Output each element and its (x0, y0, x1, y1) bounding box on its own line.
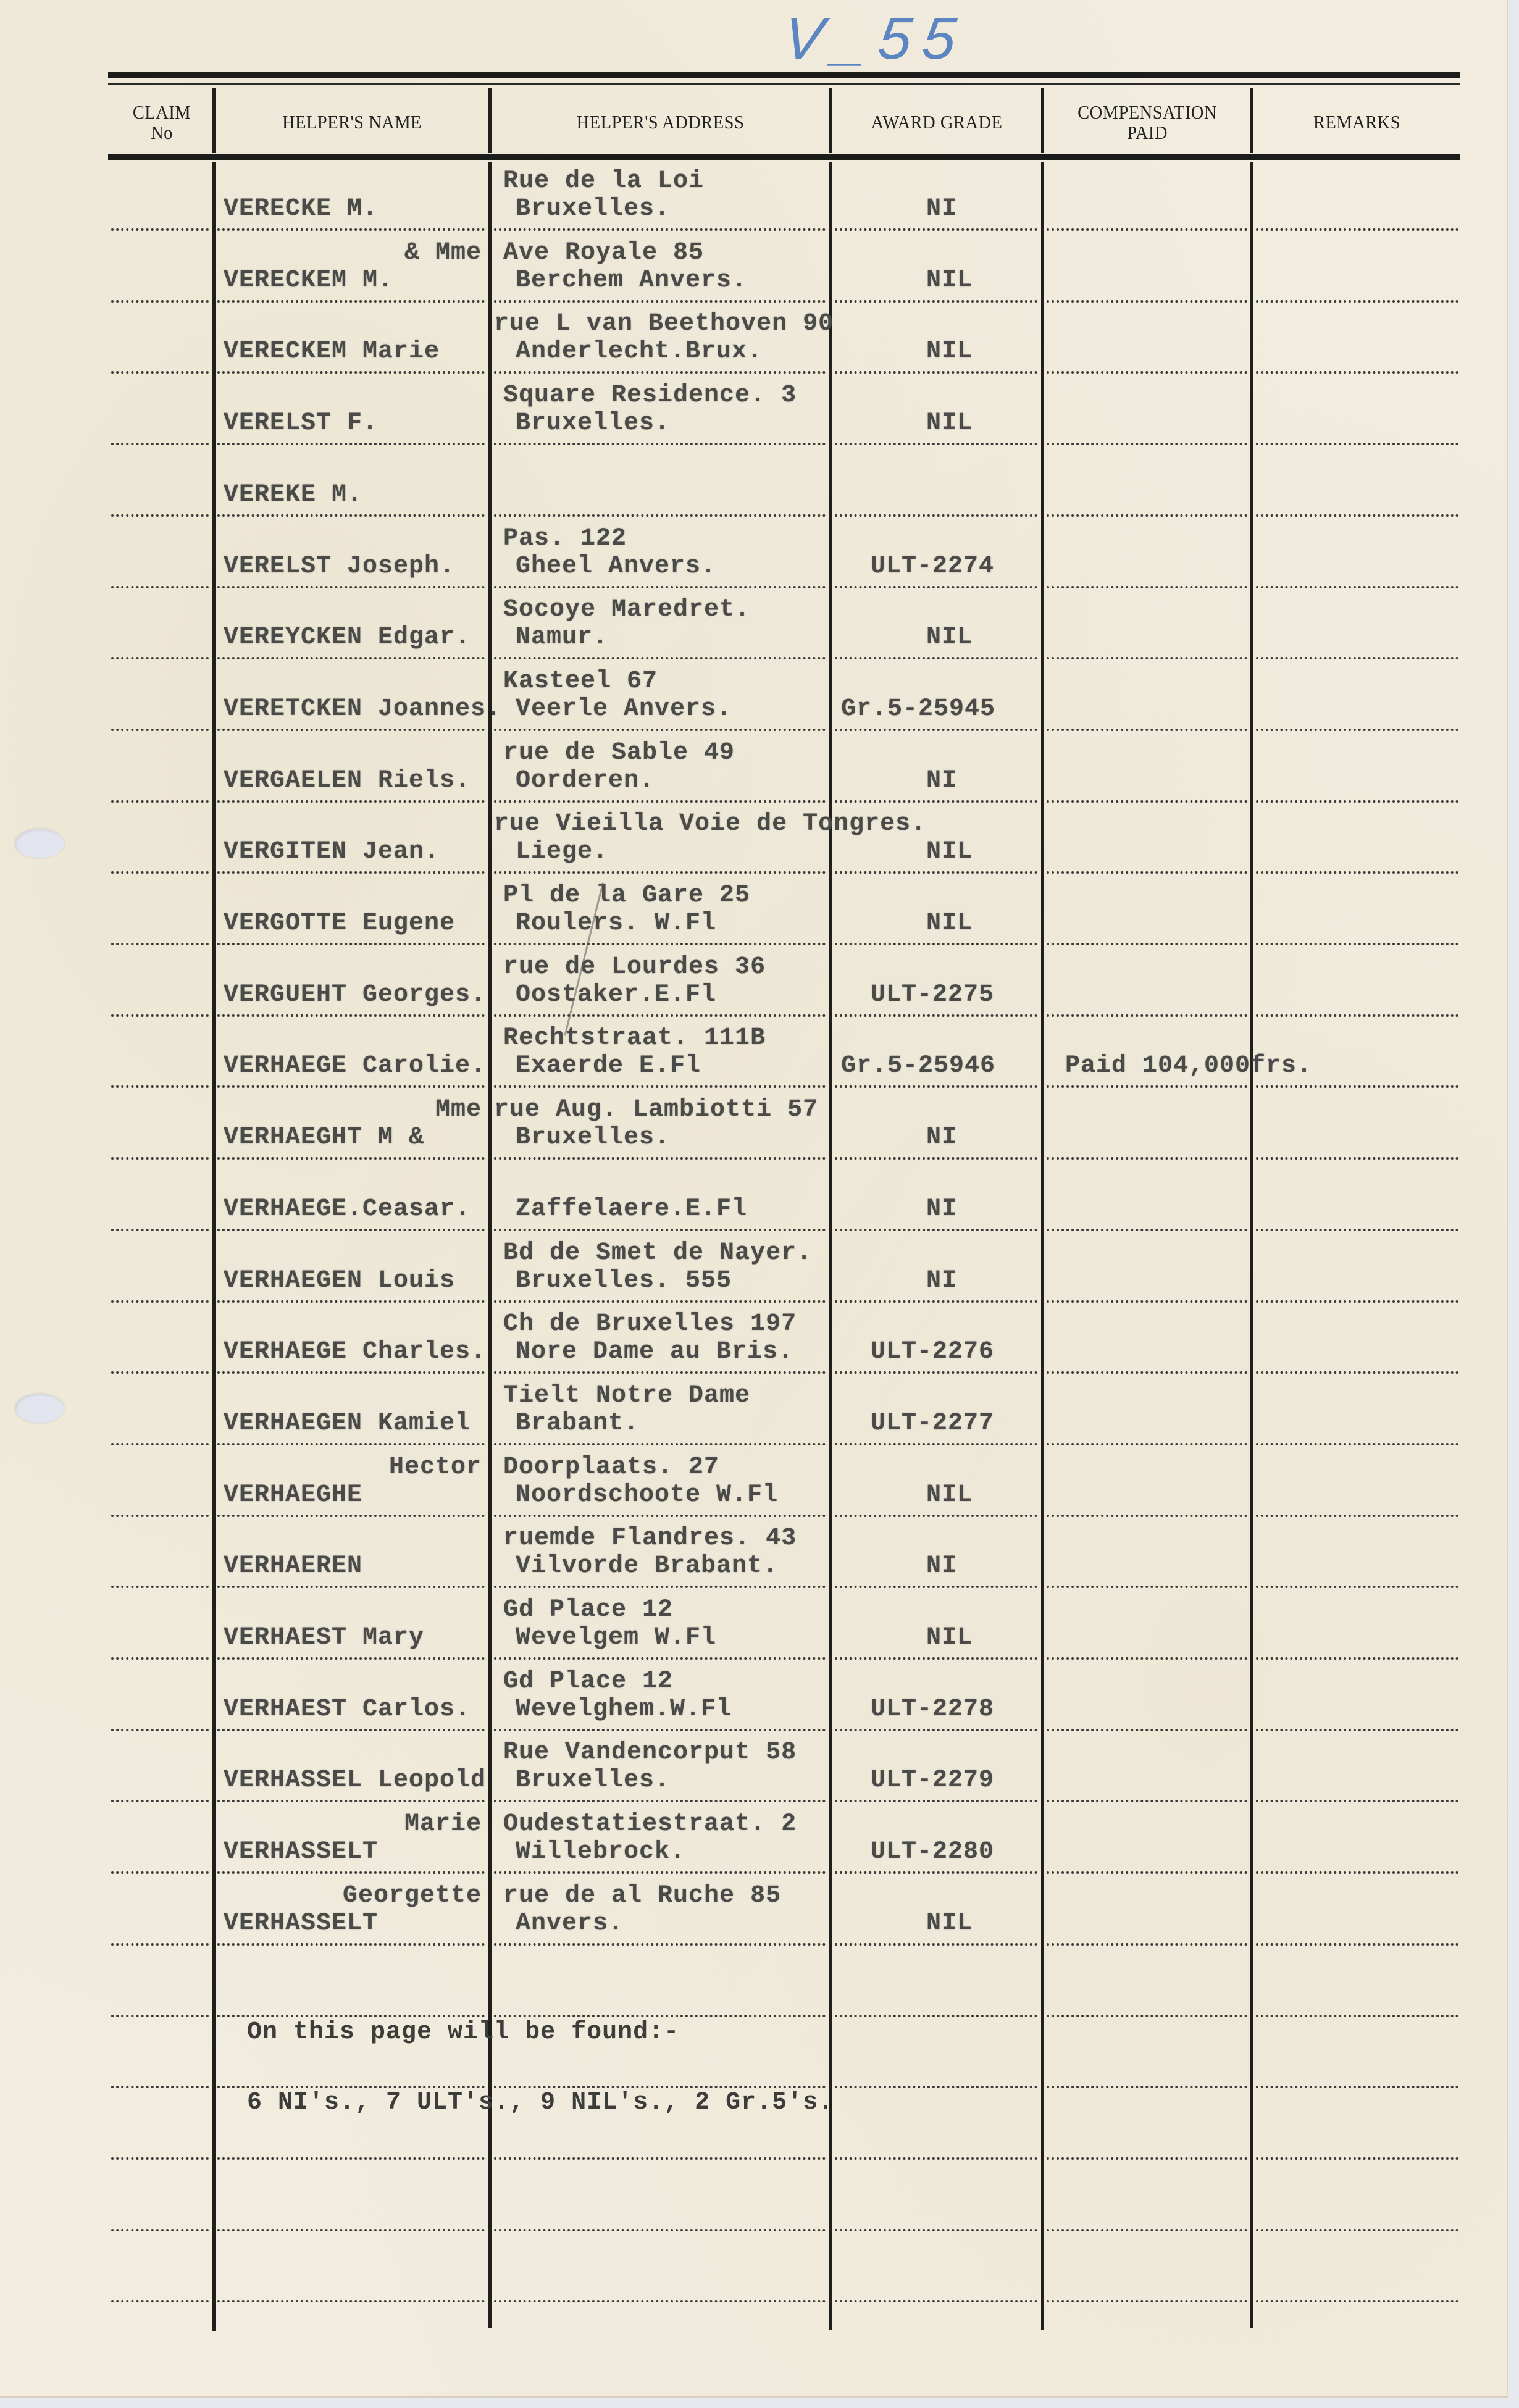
row-separator (1256, 1229, 1458, 1231)
row-separator (494, 228, 826, 231)
row-separator (1047, 371, 1247, 374)
helper-address-line1: Tielt Notre Dame (503, 1381, 750, 1411)
helper-address-line2: Bruxelles. (516, 194, 670, 224)
row-separator (1047, 2157, 1247, 2160)
row-separator (494, 1943, 826, 1946)
column-line-compensation (1250, 162, 1253, 2328)
row-separator (111, 1729, 209, 1731)
award-grade: Gr.5-25945 (841, 695, 995, 724)
helper-address-line2: Berchem Anvers. (516, 266, 747, 296)
helper-address-line1: rue de Lourdes 36 (503, 953, 766, 982)
award-grade: NIL (926, 1909, 973, 1939)
row-separator (1047, 871, 1247, 874)
row-separator (111, 1085, 209, 1088)
row-separator (217, 1443, 485, 1445)
helper-name: VERHAEGE.Ceasar. (224, 1195, 471, 1224)
row-separator (111, 1943, 209, 1946)
helper-name: VERHAEGHE (224, 1481, 362, 1510)
row-separator (217, 1300, 485, 1303)
row-separator (835, 514, 1037, 517)
row-separator (835, 871, 1037, 874)
row-separator (494, 2015, 826, 2017)
compensation-paid: Paid 104,000frs. (1065, 1051, 1312, 1081)
row-separator (111, 1014, 209, 1017)
row-separator (835, 2229, 1037, 2231)
row-separator (835, 800, 1037, 803)
row-separator (217, 2300, 485, 2302)
helper-name: VERELST Joseph. (224, 552, 455, 582)
row-separator (1256, 1943, 1458, 1946)
helper-name: VERHAEST Carlos. (224, 1695, 471, 1724)
helper-name-prefix: Marie (404, 1810, 482, 1839)
helper-name: VERHAEGHT M & (224, 1123, 424, 1153)
row-separator (494, 1014, 826, 1017)
row-separator (1047, 1515, 1247, 1517)
helper-address-line2: Nore Dame au Bris. (516, 1337, 793, 1367)
column-line-award (1041, 162, 1044, 2330)
award-grade: NIL (926, 623, 973, 653)
row-separator (217, 228, 485, 231)
helper-name: VERHASSELT (224, 1909, 378, 1939)
helper-name: VERGUEHT Georges. (224, 980, 486, 1010)
row-separator (111, 1443, 209, 1445)
row-separator (217, 1586, 485, 1588)
row-separator (835, 1943, 1037, 1946)
row-separator (1256, 657, 1458, 659)
row-separator (217, 300, 485, 303)
helper-address-line2: Vilvorde Brabant. (516, 1552, 778, 1581)
row-separator (494, 371, 826, 374)
header-divider (829, 88, 832, 153)
award-grade: NI (926, 1266, 957, 1296)
row-separator (217, 1943, 485, 1946)
row-separator (111, 514, 209, 517)
row-separator (494, 1229, 826, 1231)
row-separator (1256, 1443, 1458, 1445)
helper-address-line2: Liege. (516, 837, 608, 867)
helper-name: VERETCKEN Joannes. (224, 695, 501, 724)
row-separator (1256, 943, 1458, 945)
no-label: No (151, 122, 173, 143)
row-separator (1047, 1729, 1247, 1731)
row-separator (494, 1085, 826, 1088)
row-separator (217, 1371, 485, 1374)
row-separator (494, 1586, 826, 1588)
award-grade: ULT-2275 (871, 980, 994, 1010)
helper-address-line1: Square Residence. 3 (503, 381, 797, 411)
helper-address-line1: Rue de la Loi (503, 167, 704, 196)
row-separator (835, 1229, 1037, 1231)
row-separator (835, 943, 1037, 945)
row-separator (1256, 729, 1458, 731)
helper-address-line2: Bruxelles. (516, 1766, 670, 1796)
helper-address-line1: Bd de Smet de Nayer. (503, 1239, 812, 1268)
award-grade: NI (926, 1552, 957, 1581)
row-separator (835, 586, 1037, 588)
helper-name: VERGITEN Jean. (224, 837, 440, 867)
row-separator (1256, 2157, 1458, 2160)
helper-name: VERGOTTE Eugene (224, 909, 455, 939)
award-grade: NIL (926, 409, 973, 438)
row-separator (494, 443, 826, 445)
row-separator (217, 1729, 485, 1731)
row-separator (111, 1229, 209, 1231)
helper-name: VERECKEM M. (224, 266, 393, 296)
row-separator (494, 1300, 826, 1303)
column-header-helper-address: HELPER'S ADDRESS (505, 90, 816, 154)
helper-name: VERGAELEN Riels. (224, 766, 471, 796)
remarks-label: REMARKS (1313, 112, 1400, 132)
award-grade: NIL (926, 909, 973, 939)
row-separator (835, 2086, 1037, 2088)
row-separator (1256, 1371, 1458, 1374)
row-separator (111, 586, 209, 588)
row-separator (111, 443, 209, 445)
helper-name: VERHAEREN (224, 1552, 362, 1581)
helper-address-line1: Kasteel 67 (503, 667, 658, 696)
row-separator (494, 657, 826, 659)
row-separator (217, 1157, 485, 1160)
row-separator (1047, 228, 1247, 231)
column-line-address (829, 162, 832, 2330)
header-thin-rule (108, 83, 1460, 85)
row-separator (494, 2300, 826, 2302)
row-separator (835, 1300, 1037, 1303)
helper-address-line1: rue L van Beethoven 90 (494, 309, 834, 339)
row-separator (494, 1871, 826, 1874)
column-header-remarks: REMARKS (1262, 90, 1452, 154)
row-separator (1256, 1871, 1458, 1874)
helper-address-line2: Bruxelles. 555 (516, 1266, 732, 1296)
helper-address-line2: Zaffelaere.E.Fl (516, 1195, 747, 1224)
helper-address-line2: Oostaker.E.Fl (516, 980, 716, 1010)
row-separator (111, 943, 209, 945)
row-separator (111, 1871, 209, 1874)
row-separator (217, 729, 485, 731)
row-separator (1047, 1157, 1247, 1160)
helper-address-line1: Ave Royale 85 (503, 238, 704, 268)
helper-address-line2: Noordschoote W.Fl (516, 1481, 778, 1510)
row-separator (217, 1014, 485, 1017)
row-separator (1256, 586, 1458, 588)
row-separator (1047, 657, 1247, 659)
row-separator (494, 1515, 826, 1517)
award-grade: ULT-2277 (871, 1409, 994, 1439)
helper-address-line2: Namur. (516, 623, 608, 653)
helper-name: VEREKE M. (224, 480, 362, 510)
row-separator (111, 1800, 209, 1802)
row-separator (835, 1371, 1037, 1374)
row-separator (1047, 1371, 1247, 1374)
award-grade: ULT-2278 (871, 1695, 994, 1724)
helper-name: VERHAEGEN Kamiel (224, 1409, 471, 1439)
row-separator (494, 514, 826, 517)
helper-address-line1: rue de al Ruche 85 (503, 1881, 781, 1911)
row-separator (1256, 1515, 1458, 1517)
helper-address-line1: rue Vieilla Voie de Tongres. (494, 809, 926, 839)
row-separator (217, 2157, 485, 2160)
award-grade: NI (926, 766, 957, 796)
award-grade-label: AWARD GRADE (871, 112, 1003, 132)
row-separator (835, 2157, 1037, 2160)
form-page: V_55 CLAIM No HELPER'S NAME HELPER'S ADD… (0, 0, 1508, 2398)
row-separator (835, 2015, 1037, 2017)
row-separator (1047, 443, 1247, 445)
award-grade: NI (926, 1195, 957, 1224)
row-separator (494, 2157, 826, 2160)
row-separator (835, 1157, 1037, 1160)
row-separator (217, 2229, 485, 2231)
helper-address-line2: Gheel Anvers. (516, 552, 716, 582)
row-separator (1047, 1657, 1247, 1660)
helper-address-line2: Oorderen. (516, 766, 655, 796)
row-separator (111, 2300, 209, 2302)
helper-address-line2: Wevelgem W.Fl (516, 1623, 716, 1653)
award-grade: Gr.5-25946 (841, 1051, 995, 1081)
helper-name: VERECKEM Marie (224, 337, 440, 367)
helper-address-line2: Anvers. (516, 1909, 624, 1939)
award-grade: NIL (926, 1481, 973, 1510)
row-separator (111, 300, 209, 303)
row-separator (217, 1515, 485, 1517)
row-separator (835, 300, 1037, 303)
helper-address-line2: Willebrock. (516, 1837, 685, 1867)
helper-address-line2: Veerle Anvers. (516, 695, 732, 724)
row-separator (111, 871, 209, 874)
row-separator (494, 1371, 826, 1374)
row-separator (1047, 2229, 1247, 2231)
row-separator (1256, 228, 1458, 231)
row-separator (1256, 514, 1458, 517)
row-separator (494, 800, 826, 803)
row-separator (111, 657, 209, 659)
row-separator (111, 1157, 209, 1160)
award-grade: ULT-2279 (871, 1766, 994, 1796)
helper-address-label: HELPER'S ADDRESS (577, 112, 745, 132)
row-separator (494, 2229, 826, 2231)
row-separator (835, 2300, 1037, 2302)
row-separator (835, 443, 1037, 445)
helper-name: VERECKE M. (224, 194, 378, 224)
row-separator (111, 800, 209, 803)
row-separator (835, 228, 1037, 231)
row-separator (217, 443, 485, 445)
helper-name: VEREYCKEN Edgar. (224, 623, 471, 653)
helper-address-line1: Pl de la Gare 25 (503, 881, 750, 911)
row-separator (494, 1443, 826, 1445)
helper-name-label: HELPER'S NAME (282, 112, 422, 132)
header-divider (1041, 88, 1044, 153)
punch-hole-lower (14, 1392, 65, 1424)
row-separator (835, 1085, 1037, 1088)
row-separator (1256, 1657, 1458, 1660)
row-separator (835, 1443, 1037, 1445)
helper-address-line1: Gd Place 12 (503, 1667, 673, 1697)
row-separator (1256, 1014, 1458, 1017)
row-separator (1047, 2015, 1247, 2017)
row-separator (1256, 1729, 1458, 1731)
award-grade: ULT-2274 (871, 552, 994, 582)
helper-address-line1: Rechtstraat. 111B (503, 1024, 766, 1053)
row-separator (217, 871, 485, 874)
row-separator (1047, 586, 1247, 588)
row-separator (494, 1157, 826, 1160)
award-grade: NIL (926, 337, 973, 367)
row-separator (1047, 943, 1247, 945)
row-separator (1047, 2300, 1247, 2302)
helper-name: VERHAEGEN Louis (224, 1266, 455, 1296)
helper-name-prefix: & Mme (404, 238, 482, 268)
row-separator (494, 1800, 826, 1802)
row-separator (111, 228, 209, 231)
helper-name: VERHAEGE Charles. (224, 1337, 486, 1367)
row-separator (217, 1657, 485, 1660)
helper-name-prefix: Hector (389, 1453, 482, 1482)
row-separator (217, 800, 485, 803)
header-divider (212, 88, 216, 153)
helper-address-line1: Pas. 122 (503, 524, 627, 554)
row-separator (111, 1300, 209, 1303)
helper-address-line1: rue de Sable 49 (503, 738, 735, 768)
punch-hole-upper (14, 827, 65, 859)
award-grade: NI (926, 194, 957, 224)
row-separator (217, 943, 485, 945)
row-separator (111, 2157, 209, 2160)
row-separator (1047, 300, 1247, 303)
award-grade: ULT-2280 (871, 1837, 994, 1867)
row-separator (835, 1800, 1037, 1802)
row-separator (217, 1800, 485, 1802)
row-separator (835, 1871, 1037, 1874)
row-separator (1047, 1085, 1247, 1088)
row-separator (835, 1657, 1037, 1660)
row-separator (217, 657, 485, 659)
row-separator (1256, 1300, 1458, 1303)
row-separator (111, 729, 209, 731)
row-separator (217, 371, 485, 374)
row-separator (1256, 1586, 1458, 1588)
award-grade: NIL (926, 837, 973, 867)
row-separator (494, 300, 826, 303)
row-separator (835, 1014, 1037, 1017)
row-separator (494, 1729, 826, 1731)
row-separator (1047, 1800, 1247, 1802)
row-separator (1256, 371, 1458, 374)
row-separator (1256, 1800, 1458, 1802)
helper-name: VERHAEGE Carolie. (224, 1051, 486, 1081)
row-separator (1047, 1943, 1247, 1946)
header-top-rule (108, 72, 1460, 78)
row-separator (111, 371, 209, 374)
helper-address-line1: Ch de Bruxelles 197 (503, 1310, 797, 1339)
helper-address-line2: Exaerde E.Fl (516, 1051, 701, 1081)
row-separator (1256, 2086, 1458, 2088)
row-separator (494, 943, 826, 945)
page-reference-stamp: V_55 (781, 5, 971, 67)
row-separator (111, 1371, 209, 1374)
helper-address-line2: Roulers. W.Fl (516, 909, 716, 939)
row-separator (1256, 1085, 1458, 1088)
row-separator (217, 1229, 485, 1231)
row-separator (1256, 2015, 1458, 2017)
helper-address-line2: Anderlecht.Brux. (516, 337, 763, 367)
helper-name-prefix: Georgette (343, 1881, 482, 1911)
helper-address-line1: Gd Place 12 (503, 1595, 673, 1625)
row-separator (1256, 1157, 1458, 1160)
helper-name: VERELST F. (224, 409, 378, 438)
helper-address-line2: Bruxelles. (516, 1123, 670, 1153)
row-separator (1047, 514, 1247, 517)
column-line-claim (212, 162, 216, 2331)
helper-address-line1: Doorplaats. 27 (503, 1453, 719, 1482)
row-separator (111, 1657, 209, 1660)
compensation-label: COMPENSATION (1078, 102, 1217, 122)
helper-name: VERHASSELT (224, 1837, 378, 1867)
column-header-helper-name: HELPER'S NAME (227, 90, 478, 154)
row-separator (1047, 1300, 1247, 1303)
award-grade: NIL (926, 266, 973, 296)
column-line-name (488, 162, 492, 2328)
row-separator (835, 1586, 1037, 1588)
row-separator (1256, 2229, 1458, 2231)
row-separator (1256, 800, 1458, 803)
award-grade: ULT-2276 (871, 1337, 994, 1367)
summary-heading: On this page will be found:- (247, 2018, 679, 2047)
row-separator (1256, 2300, 1458, 2302)
row-separator (835, 657, 1037, 659)
row-separator (835, 371, 1037, 374)
row-separator (494, 729, 826, 731)
helper-address-line2: Bruxelles. (516, 409, 670, 438)
row-separator (111, 2229, 209, 2231)
header-bottom-rule (108, 154, 1460, 160)
helper-name: VERHAEST Mary (224, 1623, 424, 1653)
row-separator (1047, 800, 1247, 803)
row-separator (835, 729, 1037, 731)
row-separator (217, 2015, 485, 2017)
row-separator (1047, 1443, 1247, 1445)
award-grade: NIL (926, 1623, 973, 1653)
helper-name-prefix: Mme (435, 1095, 482, 1125)
helper-address-line1: ruemde Flandres. 43 (503, 1524, 797, 1553)
row-separator (111, 1515, 209, 1517)
row-separator (835, 1515, 1037, 1517)
row-separator (835, 1729, 1037, 1731)
row-separator (1047, 2086, 1247, 2088)
helper-address-line1: rue Aug. Lambiotti 57 (494, 1095, 818, 1125)
column-header-claim-no: CLAIM No (115, 90, 209, 154)
row-separator (217, 586, 485, 588)
row-separator (1047, 1229, 1247, 1231)
row-separator (217, 1085, 485, 1088)
column-header-compensation-paid: COMPENSATION PAID (1052, 90, 1242, 154)
header-divider (488, 88, 492, 153)
row-separator (494, 586, 826, 588)
summary-counts: 6 NI's., 7 ULT's., 9 NIL's., 2 Gr.5's. (247, 2088, 834, 2118)
helper-address-line1: Oudestatiestraat. 2 (503, 1810, 797, 1839)
row-separator (111, 2015, 209, 2017)
row-separator (1256, 443, 1458, 445)
row-separator (1047, 1586, 1247, 1588)
helper-address-line2: Wevelghem.W.Fl (516, 1695, 732, 1724)
row-separator (217, 514, 485, 517)
helper-address-line1: Rue Vandencorput 58 (503, 1738, 797, 1768)
paid-label: PAID (1127, 122, 1168, 143)
row-separator (217, 1871, 485, 1874)
award-grade: NI (926, 1123, 957, 1153)
row-separator (494, 1657, 826, 1660)
column-header-award-grade: AWARD GRADE (841, 90, 1033, 154)
